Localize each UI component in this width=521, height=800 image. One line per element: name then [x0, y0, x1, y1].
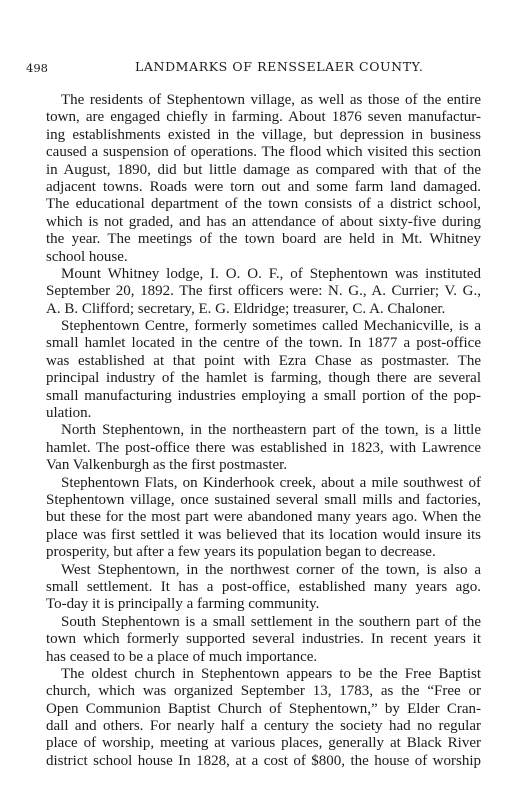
text-line: district school house In 1828, at a cost… [46, 753, 481, 770]
text-line: prosperity, but after a few years its po… [46, 544, 481, 561]
text-line: September 20, 1892. The first officers w… [46, 283, 481, 300]
text-line: small hamlet located in the centre of th… [46, 335, 481, 352]
text-line: place of worship, meeting at various pla… [46, 735, 481, 752]
text-line: small settlement. It has a post-office, … [46, 579, 481, 596]
body-text: The residents of Stephentown village, as… [46, 92, 481, 770]
text-line: Stephentown village, once sustained seve… [46, 492, 481, 509]
text-line: town which formerly supported several in… [46, 631, 481, 648]
book-page: 498 LANDMARKS OF RENSSELAER COUNTY. The … [0, 0, 521, 800]
text-line: ulation. [46, 405, 481, 422]
text-line: place was first settled it was believed … [46, 527, 481, 544]
text-line: dall and others. For nearly half a centu… [46, 718, 481, 735]
text-line: in August, 1890, did but little damage a… [46, 162, 481, 179]
text-line: A. B. Clifford; secretary, E. G. Eldridg… [46, 301, 481, 318]
text-line: The oldest church in Stephentown appears… [46, 666, 481, 683]
text-line: town, are engaged chiefly in farming. Ab… [46, 109, 481, 126]
text-line: To-day it is principally a farming commu… [46, 596, 481, 613]
text-line: but these for the most part were abandon… [46, 509, 481, 526]
text-line: the year. The meetings of the town board… [46, 231, 481, 248]
text-line: church, which was organized September 13… [46, 683, 481, 700]
running-title: LANDMARKS OF RENSSELAER COUNTY. [135, 59, 423, 74]
text-line: Stephentown Centre, formerly sometimes c… [46, 318, 481, 335]
text-line: caused a suspension of operations. The f… [46, 144, 481, 161]
text-line: Open Communion Baptist Church of Stephen… [46, 701, 481, 718]
text-line: school house. [46, 249, 481, 266]
text-line: The educational department of the town c… [46, 196, 481, 213]
text-line: has ceased to be a place of much importa… [46, 649, 481, 666]
text-line: was established at that point with Ezra … [46, 353, 481, 370]
text-line: South Stephentown is a small settlement … [46, 614, 481, 631]
text-line: small manufacturing industries employing… [46, 388, 481, 405]
text-line: adjacent towns. Roads were torn out and … [46, 179, 481, 196]
text-line: hamlet. The post-office there was establ… [46, 440, 481, 457]
text-line: Stephentown Flats, on Kinderhook creek, … [46, 475, 481, 492]
text-line: ing establishments existed in the villag… [46, 127, 481, 144]
text-line: Mount Whitney lodge, I. O. O. F., of Ste… [46, 266, 481, 283]
text-line: West Stephentown, in the northwest corne… [46, 562, 481, 579]
text-line: Van Valkenburgh as the first postmaster. [46, 457, 481, 474]
page-number: 498 [26, 61, 48, 75]
text-line: The residents of Stephentown village, as… [46, 92, 481, 109]
text-line: North Stephentown, in the northeastern p… [46, 422, 481, 439]
text-line: principal industry of the hamlet is farm… [46, 370, 481, 387]
page-header: 498 LANDMARKS OF RENSSELAER COUNTY. [0, 58, 521, 78]
text-line: which is not graded, and has an attendan… [46, 214, 481, 231]
